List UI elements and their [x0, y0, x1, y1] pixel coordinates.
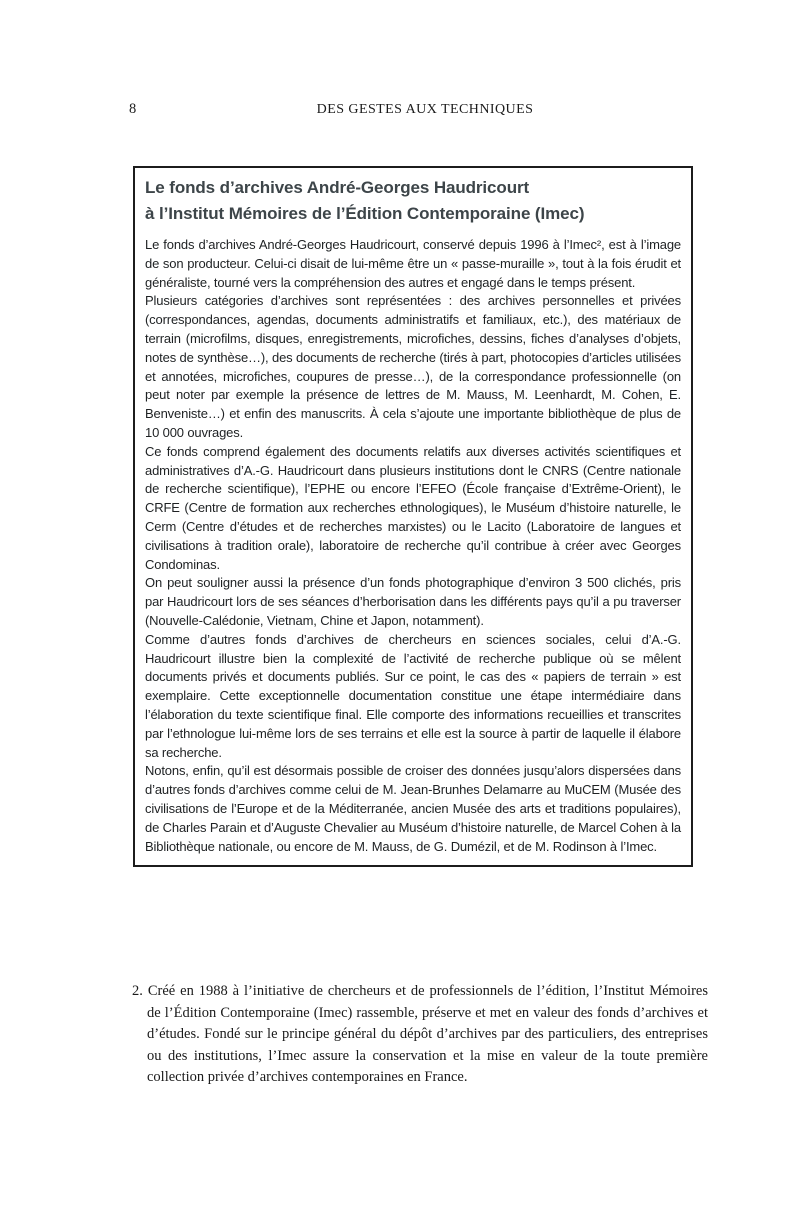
- footnote: 2.Créé en 1988 à l’initiative de cherche…: [132, 981, 708, 1089]
- box-paragraph-5: Comme d’autres fonds d’archives de cherc…: [145, 631, 681, 763]
- box-paragraph-3: Ce fonds comprend également des document…: [145, 443, 681, 575]
- box-paragraph-2: Plusieurs catégories d’archives sont rep…: [145, 292, 681, 442]
- book-page: 8 DES GESTES AUX TECHNIQUES Le fonds d’a…: [0, 0, 800, 1227]
- archive-box: Le fonds d’archives André-Georges Haudri…: [133, 166, 693, 867]
- box-paragraph-1: Le fonds d’archives André-Georges Haudri…: [145, 236, 681, 292]
- box-paragraph-4: On peut souligner aussi la présence d’un…: [145, 574, 681, 630]
- box-paragraph-6: Notons, enfin, qu’il est désormais possi…: [145, 762, 681, 856]
- footnote-marker: 2.: [132, 983, 143, 999]
- footnote-text: Créé en 1988 à l’initiative de chercheur…: [147, 983, 708, 1085]
- page-number: 8: [129, 101, 136, 117]
- box-title: Le fonds d’archives André-Georges Haudri…: [145, 175, 681, 227]
- box-title-line-2: à l’Institut Mémoires de l’Édition Conte…: [145, 201, 681, 227]
- running-header: DES GESTES AUX TECHNIQUES: [317, 102, 534, 118]
- box-title-line-1: Le fonds d’archives André-Georges Haudri…: [145, 175, 681, 201]
- footnote-paragraph: 2.Créé en 1988 à l’initiative de cherche…: [132, 981, 708, 1089]
